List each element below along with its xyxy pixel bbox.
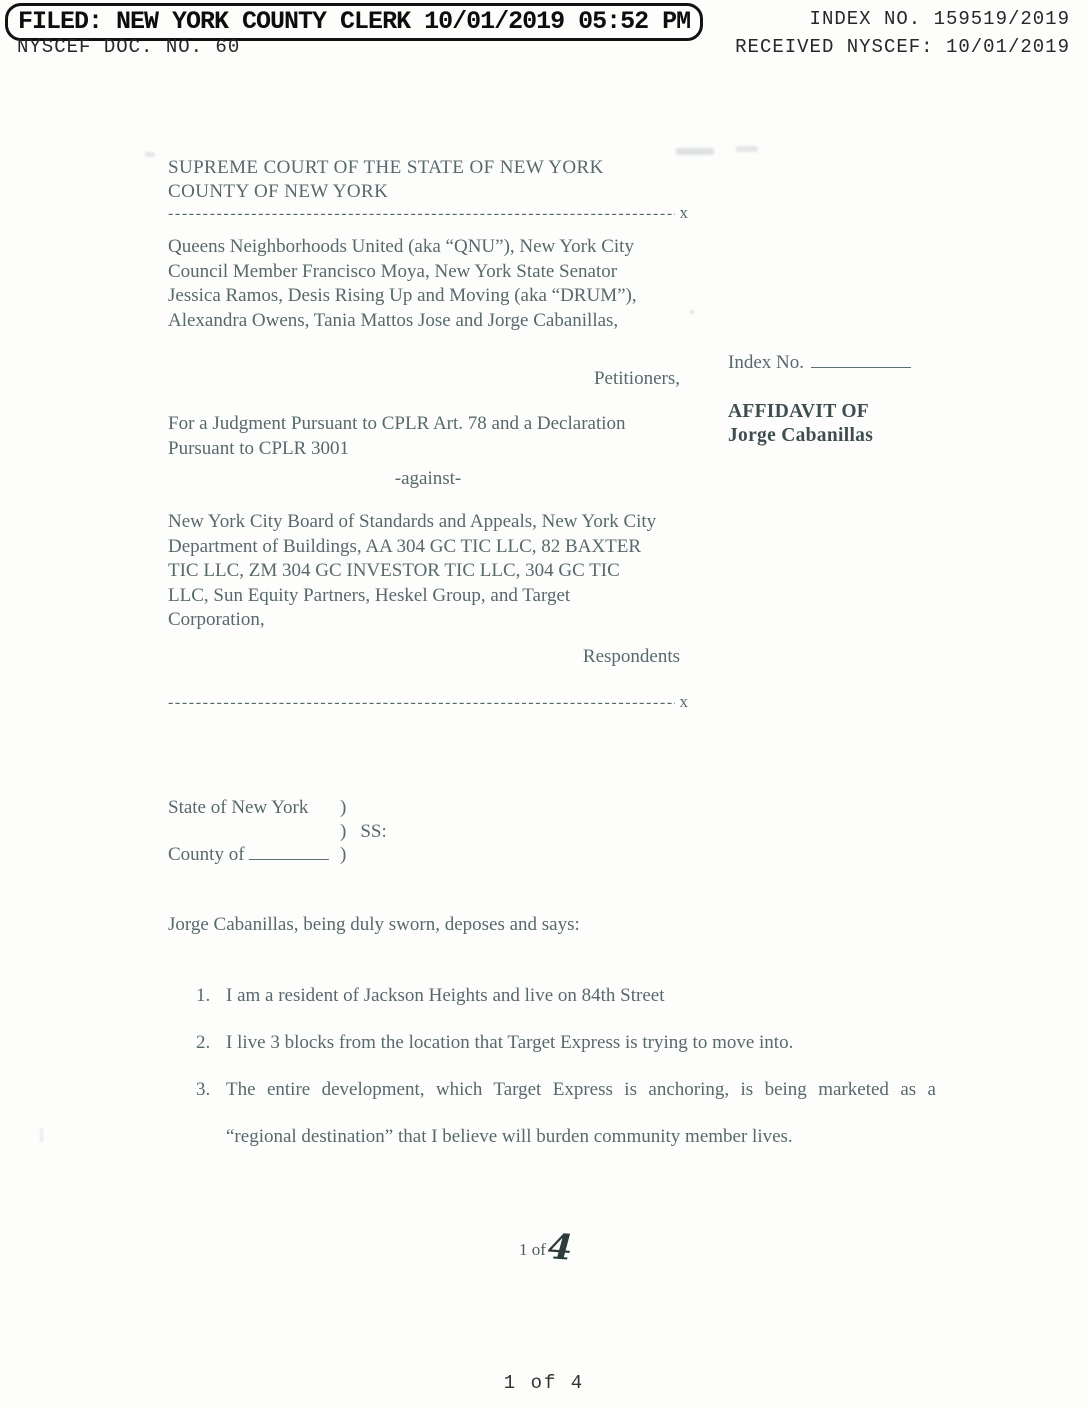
list-item-text: The entire development, which Target Exp… (226, 1066, 936, 1160)
venue-county-text: County of (168, 843, 340, 867)
respondent-line: New York City Board of Standards and App… (168, 510, 688, 535)
venue-paren: ) (340, 844, 346, 865)
respondents-label: Respondents (168, 646, 680, 668)
divider-dashes: ----------------------------------------… (168, 205, 675, 223)
index-no-blank: Index No. (728, 352, 911, 374)
petitioner-parties: Queens Neighborhoods United (aka “QNU”),… (168, 235, 678, 333)
petitioner-line: Queens Neighborhoods United (aka “QNU”),… (168, 235, 678, 260)
against-label: -against- (168, 468, 688, 490)
index-no-label: Index No. (728, 352, 804, 373)
respondent-line: LLC, Sun Equity Partners, Heskel Group, … (168, 584, 688, 609)
county-blank-underline (249, 845, 329, 860)
venue-county-row: County of) (168, 843, 387, 867)
received-nyscef-stamp: RECEIVED NYSCEF: 10/01/2019 (735, 36, 1070, 58)
petitioner-line: Jessica Ramos, Desis Rising Up and Movin… (168, 284, 678, 309)
respondent-line: TIC LLC, ZM 304 GC INVESTOR TIC LLC, 304… (168, 559, 688, 584)
venue-block: State of New York) )SS: County of) (168, 796, 387, 867)
handwritten-page-number: 4 (547, 1226, 574, 1269)
respondent-line: Department of Buildings, AA 304 GC TIC L… (168, 535, 688, 560)
scan-artifact (676, 148, 714, 155)
respondent-parties: New York City Board of Standards and App… (168, 510, 688, 633)
list-item-text: I am a resident of Jackson Heights and l… (226, 972, 936, 1019)
list-item: 3. The entire development, which Target … (196, 1066, 936, 1160)
typed-page-mark: 1 of (519, 1240, 546, 1260)
judgment-line1: For a Judgment Pursuant to CPLR Art. 78 … (168, 412, 626, 437)
venue-paren: ) (340, 821, 346, 842)
list-item-line: The entire development, which Target Exp… (226, 1066, 936, 1113)
venue-state-text: State of New York (168, 796, 340, 820)
affidavit-title: AFFIDAVIT OF Jorge Cabanillas (728, 400, 873, 447)
scan-artifact (736, 146, 758, 152)
venue-ss-row: )SS: (168, 820, 387, 844)
list-item-text: I live 3 blocks from the location that T… (226, 1019, 936, 1066)
sworn-statement-line: Jorge Cabanillas, being duly sworn, depo… (168, 914, 580, 936)
document-page: FILED: NEW YORK COUNTY CLERK 10/01/2019 … (0, 0, 1088, 1408)
divider-dashes: ----------------------------------------… (168, 694, 675, 712)
venue-paren: ) (340, 797, 346, 818)
court-heading-line1: SUPREME COURT OF THE STATE OF NEW YORK (168, 156, 604, 180)
caption-divider-bottom: ----------------------------------------… (168, 692, 688, 712)
index-no-underline (811, 352, 911, 368)
list-item-number: 1. (196, 972, 226, 1019)
index-number-stamp: INDEX NO. 159519/2019 (810, 8, 1070, 30)
venue-ss-label: SS: (360, 821, 386, 842)
respondent-line: Corporation, (168, 608, 688, 633)
court-heading-line2: COUNTY OF NEW YORK (168, 180, 604, 204)
list-item-line: I live 3 blocks from the location that T… (226, 1019, 936, 1066)
list-item: 2. I live 3 blocks from the location tha… (196, 1019, 936, 1066)
petitioner-line: Council Member Francisco Moya, New York … (168, 260, 678, 285)
divider-x: x (675, 692, 689, 712)
judgment-clause: For a Judgment Pursuant to CPLR Art. 78 … (168, 412, 626, 461)
scan-artifact (690, 310, 694, 314)
caption-divider-top: ----------------------------------------… (168, 203, 688, 223)
scan-artifact (40, 1128, 43, 1142)
nyscef-doc-number: NYSCEF DOC. NO. 60 (17, 36, 240, 58)
scan-artifact (145, 152, 155, 157)
page-indicator: 1 of 4 (0, 1372, 1088, 1394)
judgment-line2: Pursuant to CPLR 3001 (168, 437, 626, 462)
petitioner-line: Alexandra Owens, Tania Mattos Jose and J… (168, 309, 678, 334)
affidavit-title-line1: AFFIDAVIT OF (728, 400, 873, 424)
affidavit-title-line2: Jorge Cabanillas (728, 424, 873, 448)
list-item-number: 2. (196, 1019, 226, 1066)
list-item-line: I am a resident of Jackson Heights and l… (226, 972, 936, 1019)
list-item-line: “regional destination” that I believe wi… (226, 1113, 936, 1160)
divider-x: x (675, 203, 689, 223)
venue-state-row: State of New York) (168, 796, 387, 820)
affidavit-numbered-list: 1. I am a resident of Jackson Heights an… (196, 972, 936, 1160)
list-item: 1. I am a resident of Jackson Heights an… (196, 972, 936, 1019)
petitioners-label: Petitioners, (168, 368, 680, 390)
list-item-number: 3. (196, 1066, 226, 1160)
court-heading: SUPREME COURT OF THE STATE OF NEW YORK C… (168, 156, 604, 204)
